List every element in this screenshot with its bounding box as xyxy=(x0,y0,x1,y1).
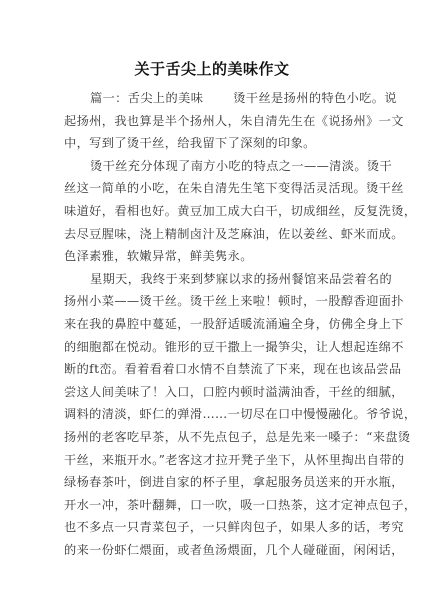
paragraph-line: 尝这人间美味了！入口，口腔内顿时溢满油香，干丝的细腻， xyxy=(64,381,354,404)
paragraph-line: 色泽素雅，软嫩异常，鲜美隽永。 xyxy=(64,245,354,268)
paragraph-line: 扬州的老客吃早茶，从不先点包子，总是先来一嗓子：“来盘烫 xyxy=(64,426,354,449)
paragraph-line: 去尽豆腥味，浇上精制卤汁及芝麻油，佐以姜丝、虾米而成。 xyxy=(64,223,354,246)
paragraph-line: 中，写到了烫干丝，给我留下了深刻的印象。 xyxy=(64,132,354,155)
section-label: 篇一：舌尖上的美味 xyxy=(90,91,203,105)
paragraph-line: 丝这一简单的小吃，在朱自清先生笔下变得活灵活现。烫干丝 xyxy=(64,177,354,200)
paragraph-line: 味道好，看相也好。黄豆加工成大白干，切成细丝，反复洗烫， xyxy=(64,200,354,223)
paragraph-line: 的来一份虾仁煨面，或者鱼汤煨面，几个人碰碰面，闲闲话， xyxy=(64,539,354,562)
paragraph-line: 调料的清淡，虾仁的弹滑……一切尽在口中慢慢融化。爷爷说， xyxy=(64,403,354,426)
document-page: 关于舌尖上的美味作文 篇一：舌尖上的美味烫干丝是扬州的特色小吃。说 起扬州，我也… xyxy=(0,0,424,600)
paragraph-line: 干丝，来瓶开水。”老客这才拉开凳子坐下，从怀里掏出自带的 xyxy=(64,449,354,472)
paragraph-line: 的细胞都在悦动。锥形的豆干撒上一撮笋尖，让人想起连绵不 xyxy=(64,336,354,359)
document-title: 关于舌尖上的美味作文 xyxy=(0,58,424,79)
paragraph-line: 星期天，我终于来到梦寐以求的扬州餐馆来品尝着名的 xyxy=(64,268,354,291)
paragraph-line: 开水一冲，茶叶翻舞，口一吹，吸一口热茶，这才定神点包子， xyxy=(64,494,354,517)
paragraph-line: 烫干丝充分体现了南方小吃的特点之一——清淡。烫干 xyxy=(64,155,354,178)
line-text: 烫干丝是扬州的特色小吃。说 xyxy=(233,91,397,105)
document-body: 篇一：舌尖上的美味烫干丝是扬州的特色小吃。说 起扬州，我也算是半个扬州人，朱自清… xyxy=(64,87,354,561)
paragraph-line: 扬州小菜——烫干丝。烫干丝上来啦！顿时，一股醇香迎面扑 xyxy=(64,290,354,313)
paragraph-line: 篇一：舌尖上的美味烫干丝是扬州的特色小吃。说 xyxy=(64,87,354,110)
paragraph-line: 来在我的鼻腔中蔓延，一股舒适暖流涌遍全身，仿佛全身上下 xyxy=(64,313,354,336)
paragraph-line: 也不多点一只青菜包子，一只鲜肉包子，如果人多的话，考究 xyxy=(64,516,354,539)
paragraph-line: 起扬州，我也算是半个扬州人，朱自清先生在《说扬州》一文 xyxy=(64,110,354,133)
paragraph-line: 绿杨春茶叶，倒进自家的杯子里，拿起服务员送来的开水瓶， xyxy=(64,471,354,494)
paragraph-line: 断的ft峦。看着看着口水情不自禁流了下来，现在也该品尝品 xyxy=(64,358,354,381)
